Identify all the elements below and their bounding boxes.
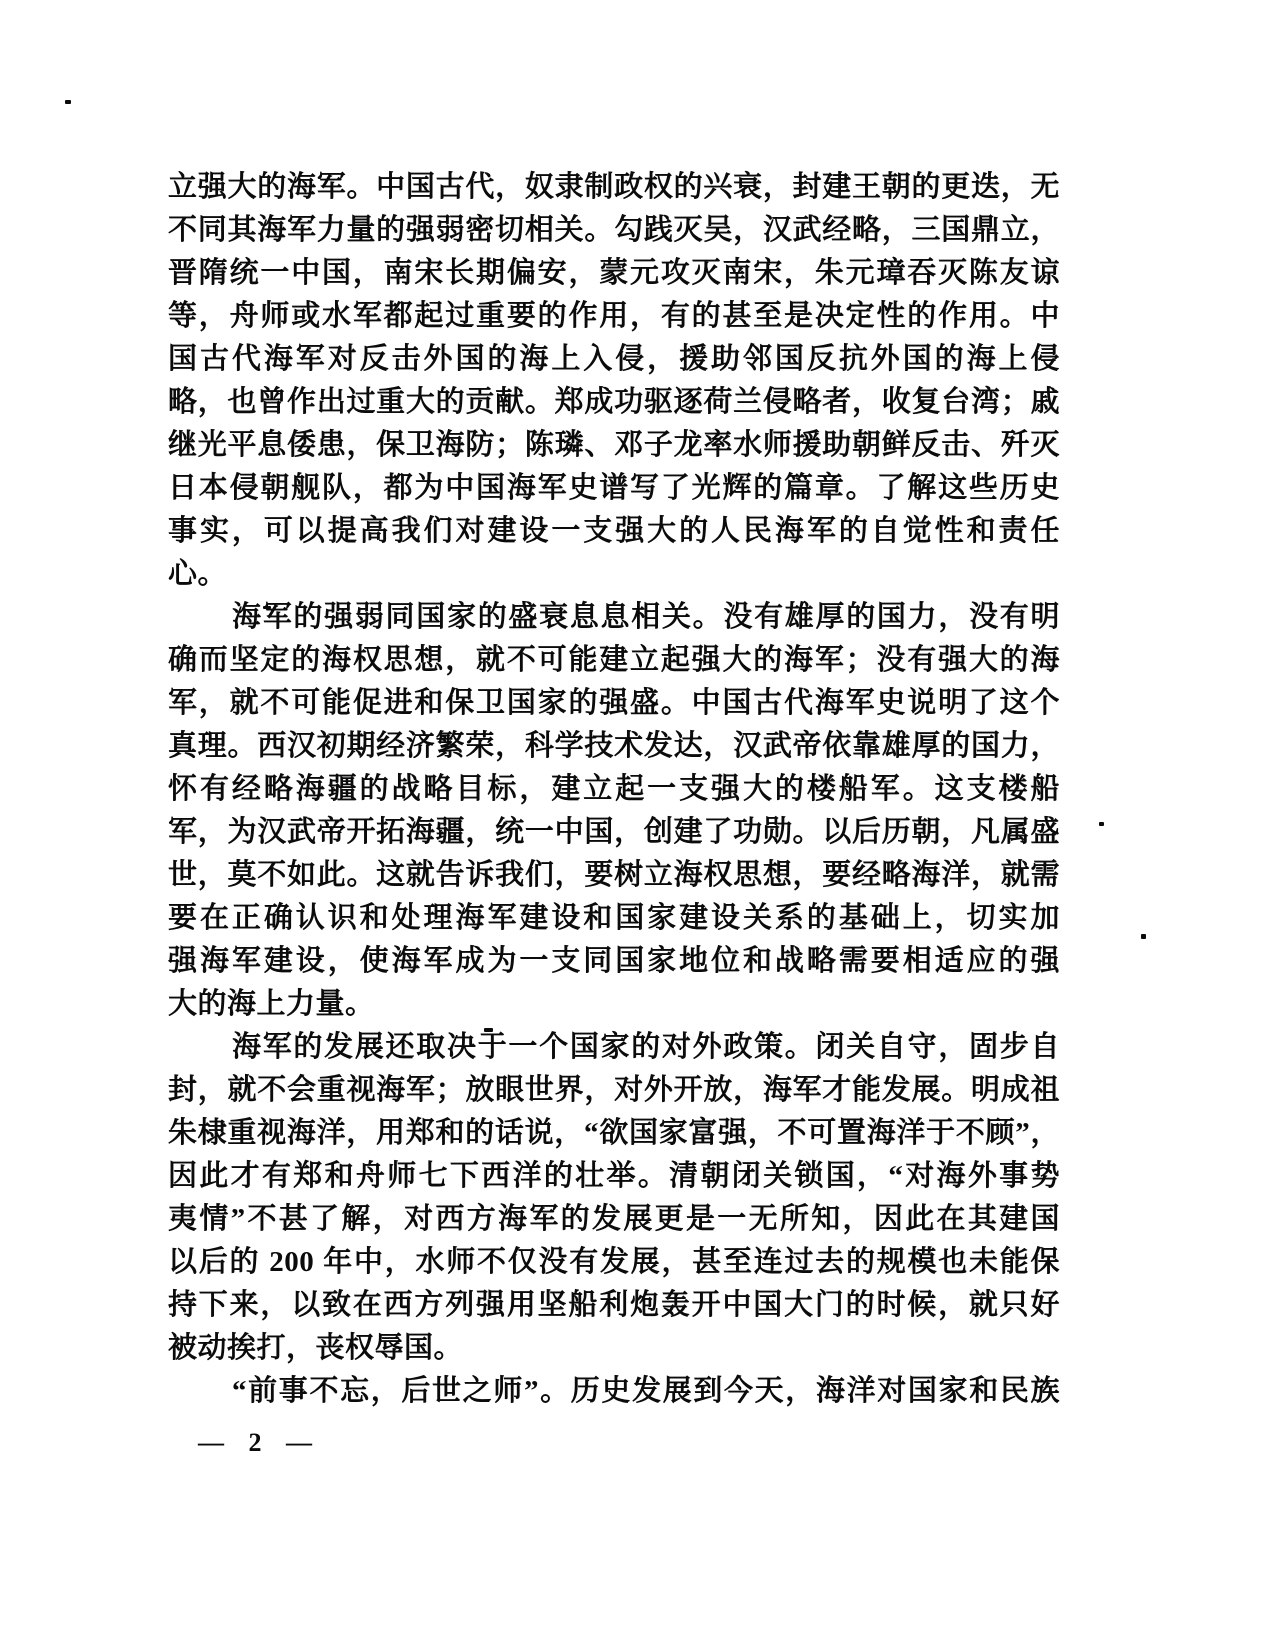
text-line-12: 确而坚定的海权思想，就不可能建立起强大的海军；没有强大的海 bbox=[168, 639, 1060, 682]
text-line-13: 军，就不可能促进和保卫国家的强盛。中国古代海军史说明了这个 bbox=[168, 682, 1060, 725]
text-line-5: 国古代海军对反击外国的海上入侵，援助邻国反抗外国的海上侵 bbox=[168, 338, 1060, 381]
text-line-14: 真理。西汉初期经济繁荣，科学技术发达，汉武帝依靠雄厚的国力， bbox=[168, 725, 1060, 768]
text-line-28: 被动挨打，丧权辱国。 bbox=[168, 1327, 1060, 1370]
text-line-9: 事实，可以提高我们对建设一支强大的人民海军的自觉性和责任 bbox=[168, 510, 1060, 553]
scan-artifact-speck bbox=[65, 100, 71, 104]
scan-artifact-speck bbox=[1141, 934, 1146, 939]
text-line-18: 要在正确认识和处理海军建设和国家建设关系的基础上，切实加 bbox=[168, 897, 1060, 940]
text-line-17: 世，莫不如此。这就告诉我们，要树立海权思想，要经略海洋，就需 bbox=[168, 854, 1060, 897]
text-block: 立强大的海军。中国古代，奴隶制政权的兴衰，封建王朝的更迭，无不同其海军力量的强弱… bbox=[168, 166, 1060, 1413]
page-footer: — 2 — bbox=[198, 1428, 314, 1458]
text-line-10: 心。 bbox=[168, 553, 1060, 596]
scan-artifact-speck bbox=[263, 606, 271, 609]
text-line-24: 因此才有郑和舟师七下西洋的壮举。清朝闭关锁国，“对海外事势 bbox=[168, 1155, 1060, 1198]
text-line-26: 以后的 200 年中，水师不仅没有发展，甚至连过去的规模也未能保 bbox=[168, 1241, 1060, 1284]
text-line-16: 军，为汉武帝开拓海疆，统一中国，创建了功勋。以后历朝，凡属盛 bbox=[168, 811, 1060, 854]
text-line-25: 夷情”不甚了解，对西方海军的发展更是一无所知，因此在其建国 bbox=[168, 1198, 1060, 1241]
page-number: — 2 — bbox=[198, 1428, 314, 1457]
text-line-23: 朱棣重视海洋，用郑和的话说，“欲国家富强，不可置海洋于不顾”， bbox=[168, 1112, 1060, 1155]
text-line-11: 海军的强弱同国家的盛衰息息相关。没有雄厚的国力，没有明 bbox=[168, 596, 1060, 639]
text-line-21: 海军的发展还取决于一个国家的对外政策。闭关自守，固步自 bbox=[168, 1026, 1060, 1069]
scan-artifact-speck bbox=[484, 1028, 493, 1032]
text-line-7: 继光平息倭患，保卫海防；陈璘、邓子龙率水师援助朝鲜反击、歼灭 bbox=[168, 424, 1060, 467]
scanned-page: 立强大的海军。中国古代，奴隶制政权的兴衰，封建王朝的更迭，无不同其海军力量的强弱… bbox=[0, 0, 1275, 1650]
text-line-3: 晋隋统一中国，南宋长期偏安，蒙元攻灭南宋，朱元璋吞灭陈友谅 bbox=[168, 252, 1060, 295]
text-line-2: 不同其海军力量的强弱密切相关。勾践灭吴，汉武经略，三国鼎立， bbox=[168, 209, 1060, 252]
scan-artifact-speck bbox=[1099, 822, 1104, 826]
text-line-8: 日本侵朝舰队，都为中国海军史谱写了光辉的篇章。了解这些历史 bbox=[168, 467, 1060, 510]
text-line-6: 略，也曾作出过重大的贡献。郑成功驱逐荷兰侵略者，收复台湾；戚 bbox=[168, 381, 1060, 424]
text-line-4: 等，舟师或水军都起过重要的作用，有的甚至是决定性的作用。中 bbox=[168, 295, 1060, 338]
text-line-22: 封，就不会重视海军；放眼世界，对外开放，海军才能发展。明成祖 bbox=[168, 1069, 1060, 1112]
text-line-29: “前事不忘，后世之师”。历史发展到今天，海洋对国家和民族 bbox=[168, 1370, 1060, 1413]
text-line-15: 怀有经略海疆的战略目标，建立起一支强大的楼船军。这支楼船 bbox=[168, 768, 1060, 811]
text-line-1: 立强大的海军。中国古代，奴隶制政权的兴衰，封建王朝的更迭，无 bbox=[168, 166, 1060, 209]
text-line-27: 持下来，以致在西方列强用坚船利炮轰开中国大门的时候，就只好 bbox=[168, 1284, 1060, 1327]
text-line-20: 大的海上力量。 bbox=[168, 983, 1060, 1026]
text-line-19: 强海军建设，使海军成为一支同国家地位和战略需要相适应的强 bbox=[168, 940, 1060, 983]
